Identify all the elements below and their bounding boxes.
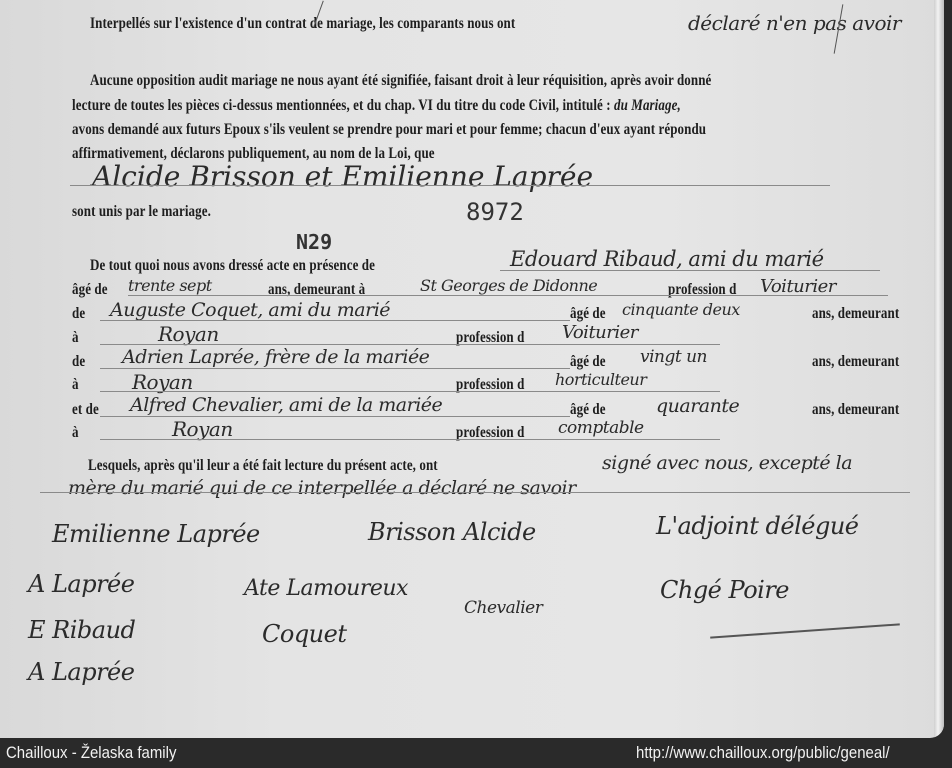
witness-3-age: vingt un bbox=[640, 347, 707, 367]
witness-1-profession: Voiturier bbox=[760, 276, 836, 297]
rule bbox=[100, 439, 720, 440]
footer-family: Chailloux - Želaska family bbox=[6, 743, 176, 763]
scanned-page: Interpellés sur l'existence d'un contrat… bbox=[0, 0, 944, 738]
witness-4-prefix: et de bbox=[72, 401, 99, 419]
rule bbox=[40, 492, 910, 493]
rule bbox=[128, 295, 888, 296]
witness-3-residence-prefix: à bbox=[72, 376, 79, 394]
opposition-line-1: Aucune opposition audit mariage ne nous … bbox=[90, 72, 711, 90]
witness-3-residence-label: ans, demeurant bbox=[812, 353, 899, 371]
rule bbox=[100, 368, 570, 369]
page-edge bbox=[934, 0, 944, 738]
witness-3-prefix: de bbox=[72, 353, 85, 371]
witness-4-residence-label: ans, demeurant bbox=[812, 401, 899, 419]
witness-1-residence-label: ans, demeurant à bbox=[268, 281, 365, 299]
witness-2-residence-label: ans, demeurant bbox=[812, 305, 899, 323]
witness-4-residence: Royan bbox=[172, 417, 233, 441]
signature-a-lapree: A Laprée bbox=[28, 570, 134, 598]
witness-2-age-label: âgé de bbox=[570, 305, 606, 323]
witness-1-profession-label: profession d bbox=[668, 281, 736, 299]
spouses-rule bbox=[70, 185, 830, 186]
closing-hand-2: mère du marié qui de ce interpellée a dé… bbox=[68, 477, 576, 499]
witness-1-age-label: âgé de bbox=[72, 281, 108, 299]
signature-lamoureux: Ate Lamoureux bbox=[244, 576, 408, 601]
signature-groom: Brisson Alcide bbox=[368, 518, 536, 546]
signature-ribaud: E Ribaud bbox=[28, 616, 135, 644]
witness-1-age: trente sept bbox=[128, 276, 212, 295]
rule bbox=[100, 320, 570, 321]
witness-4-age: quarante bbox=[656, 395, 739, 417]
watermark-footer: Chailloux - Želaska family http://www.ch… bbox=[0, 738, 952, 768]
footer-url[interactable]: http://www.chailloux.org/public/geneal/ bbox=[636, 743, 890, 763]
signature-chevalier: Chevalier bbox=[464, 598, 542, 618]
signature-a-lapree-2: A Laprée bbox=[28, 658, 134, 686]
witness-4-profession: comptable bbox=[558, 418, 644, 438]
closing-hand-1: signé avec nous, excepté la bbox=[602, 452, 852, 474]
signature-adjoint-label: L'adjoint délégué bbox=[656, 512, 858, 540]
witness-2-profession: Voiturier bbox=[562, 322, 638, 343]
united-label: sont unis par le mariage. bbox=[72, 203, 211, 221]
witness-2-residence-prefix: à bbox=[72, 329, 79, 347]
adjoint-flourish bbox=[710, 623, 900, 638]
contract-question: Interpellés sur l'existence d'un contrat… bbox=[90, 15, 515, 33]
witness-2-residence: Royan bbox=[158, 322, 219, 346]
rule bbox=[100, 416, 570, 417]
signature-bride: Emilienne Laprée bbox=[52, 520, 260, 548]
witness-3-profession: horticulteur bbox=[555, 370, 646, 389]
opposition-line-2-text: lecture de toutes les pièces ci-dessus m… bbox=[72, 97, 611, 114]
witness-2-name: Auguste Coquet, ami du marié bbox=[110, 299, 390, 321]
rule bbox=[500, 270, 880, 271]
witness-2-prefix: de bbox=[72, 305, 85, 323]
opposition-line-2-italic: du Mariage, bbox=[614, 97, 681, 114]
witnesses-intro: De tout quoi nous avons dressé acte en p… bbox=[90, 257, 375, 275]
opposition-line-3: avons demandé aux futurs Epoux s'ils veu… bbox=[72, 121, 706, 139]
closing-label: Lesquels, après qu'il leur a été fait le… bbox=[88, 457, 438, 475]
witness-3-age-label: âgé de bbox=[570, 353, 606, 371]
witness-1-name: Edouard Ribaud, ami du marié bbox=[510, 247, 824, 271]
rule bbox=[100, 391, 720, 392]
contract-answer: déclaré n'en pas avoir bbox=[688, 11, 901, 35]
spouses-names: Alcide Brisson et Emilienne Laprée bbox=[92, 160, 593, 193]
witness-4-residence-prefix: à bbox=[72, 424, 79, 442]
rule bbox=[100, 344, 720, 345]
signature-adjoint: Chgé Poire bbox=[660, 576, 789, 604]
witness-4-age-label: âgé de bbox=[570, 401, 606, 419]
witness-2-age: cinquante deux bbox=[622, 300, 740, 319]
stamp-number: 8972 bbox=[466, 198, 524, 226]
opposition-line-2: lecture de toutes les pièces ci-dessus m… bbox=[72, 97, 681, 115]
witness-4-name: Alfred Chevalier, ami de la mariée bbox=[130, 394, 442, 416]
witness-3-name: Adrien Laprée, frère de la mariée bbox=[122, 346, 429, 368]
record-number: N29 bbox=[296, 230, 332, 254]
signature-coquet: Coquet bbox=[262, 620, 346, 648]
witness-1-residence: St Georges de Didonne bbox=[420, 276, 597, 295]
